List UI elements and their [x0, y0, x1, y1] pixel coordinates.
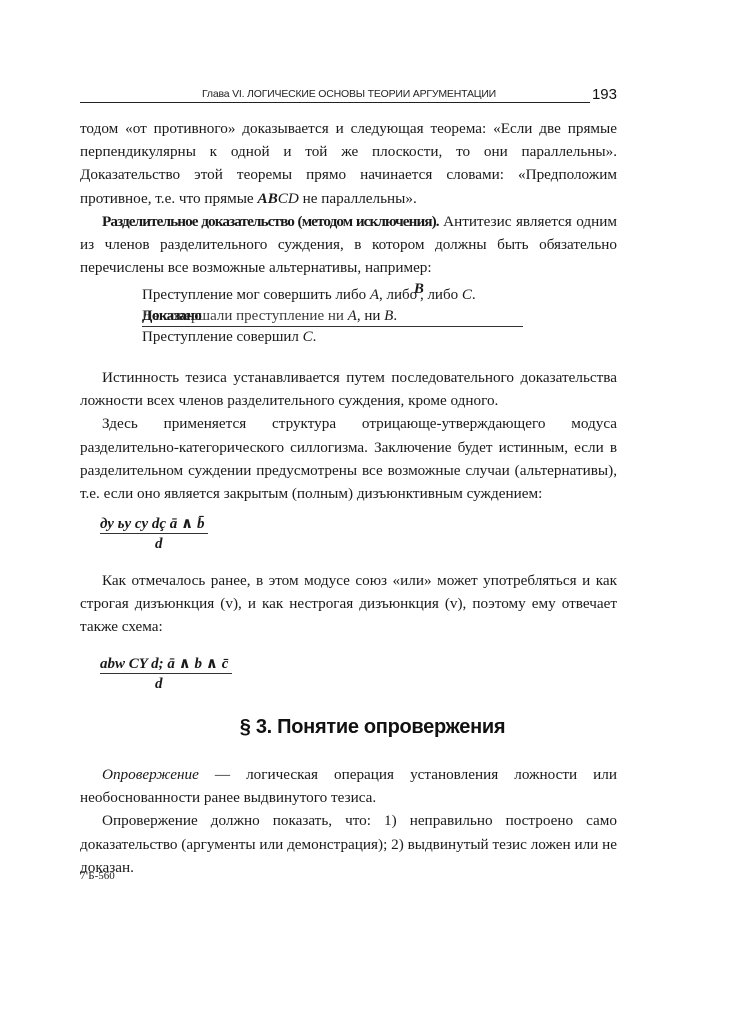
body-text-middle: Истинность тезиса устанавливается путем … — [80, 366, 617, 505]
header-rule — [80, 102, 595, 103]
example-text: , либо — [420, 287, 462, 303]
section-heading: § 3. Понятие опровержения — [0, 716, 745, 739]
example-text: . — [472, 287, 476, 303]
example-text: . — [393, 308, 397, 324]
formula-2-denominator: d — [155, 676, 163, 693]
formula-1: ду ьу су dç ā ∧ b̄ d — [100, 514, 208, 534]
line-label-ab: AB — [257, 190, 277, 207]
formula-2-numerator: abw CY d; ā ∧ b ∧ c̄ — [100, 654, 232, 674]
paragraph-disjunction: Как отмечалось ранее, в этом модусе союз… — [80, 569, 617, 639]
variable-c: C — [303, 329, 313, 345]
example-premise-2: ДоказаноНе совершали преступление ни A, … — [142, 306, 523, 327]
body-text-top: тодом «от противного» доказывается и сле… — [80, 117, 617, 279]
document-page: Глава VI. ЛОГИЧЕСКИЕ ОСНОВЫ ТЕОРИИ АРГУМ… — [0, 0, 745, 1024]
example-conclusion: Преступление совершил C. — [142, 327, 523, 348]
bold-term: Разделительное доказательство (методом и… — [102, 213, 439, 230]
paragraph-truth: Истинность тезиса устанавливается путем … — [80, 366, 617, 412]
body-text-refutation: Опровержение — логическая операция устан… — [80, 763, 617, 879]
example-text: Преступление мог совершить либо — [142, 287, 370, 303]
example-syllogism: Преступление мог совершить либо A, либо … — [142, 285, 523, 348]
italic-term: Опровержение — [102, 766, 199, 783]
paragraph-refutation-requirements: Опровержение должно показать, что: 1) не… — [80, 809, 617, 879]
example-premise-1: Преступление мог совершить либо A, либо … — [142, 285, 523, 306]
running-header: Глава VI. ЛОГИЧЕСКИЕ ОСНОВЫ ТЕОРИИ АРГУМ… — [80, 88, 617, 106]
chapter-title: Глава VI. ЛОГИЧЕСКИЕ ОСНОВЫ ТЕОРИИ АРГУМ… — [200, 88, 498, 100]
formula-1-denominator: d — [155, 536, 163, 553]
body-text-disjunction: Как отмечалось ранее, в этом модусе союз… — [80, 569, 617, 639]
example-text: Преступление совершил — [142, 329, 303, 345]
paragraph-structure: Здесь применяется структура отрицающе-ут… — [80, 412, 617, 505]
example-text: Не совершали преступление ни — [142, 308, 348, 324]
variable-b: B — [384, 308, 393, 324]
example-text: , ни — [357, 308, 384, 324]
line-label-cd: CD — [278, 190, 299, 207]
paragraph-disjunctive-proof: Разделительное доказательство (методом и… — [80, 210, 617, 280]
paragraph-text-end: не параллельны». — [299, 190, 417, 207]
variable-a: A — [348, 308, 357, 324]
variable-c: C — [462, 287, 472, 303]
variable-a: A — [370, 287, 379, 303]
page-number: 193 — [590, 86, 617, 103]
paragraph-refutation-definition: Опровержение — логическая операция устан… — [80, 763, 617, 809]
formula-2: abw CY d; ā ∧ b ∧ c̄ d — [100, 654, 232, 674]
printer-signature: 7 Б-560 — [80, 870, 115, 882]
example-text: . — [313, 329, 317, 345]
formula-1-numerator: ду ьу су dç ā ∧ b̄ — [100, 514, 208, 534]
paragraph-theorem: тодом «от противного» доказывается и сле… — [80, 117, 617, 210]
variable-b: B — [414, 281, 424, 297]
